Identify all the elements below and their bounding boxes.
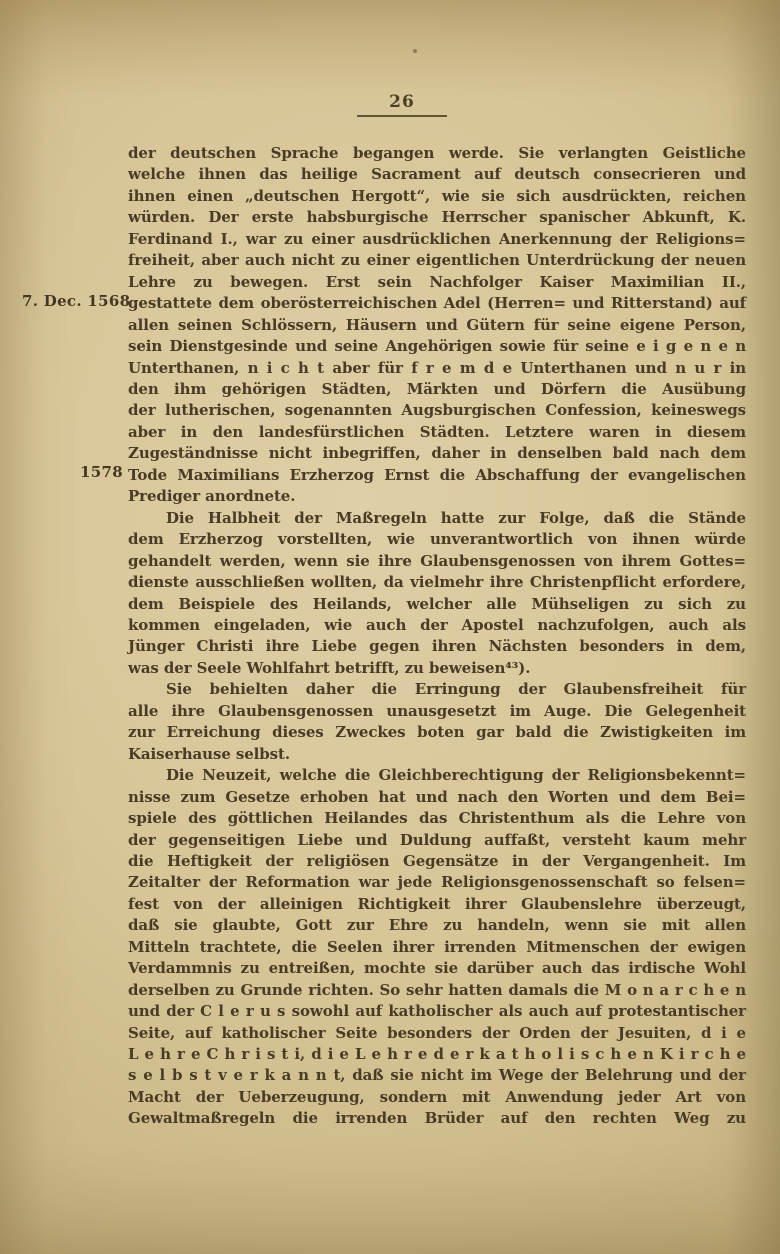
- text-line: Die Halbheit der Maßregeln hatte zur Fol…: [128, 508, 746, 529]
- text-line: Jünger Christi ihre Liebe gegen ihren Nä…: [128, 636, 746, 657]
- text-line: spiele des göttlichen Heilandes das Chri…: [128, 808, 746, 829]
- text-line: gestattete dem oberösterreichischen Adel…: [128, 293, 746, 314]
- text-line: Mitteln trachtete, die Seelen ihrer irre…: [128, 937, 746, 958]
- book-page: 26 7. Dec. 1568 1578 der deutschen Sprac…: [0, 0, 780, 1254]
- text-line: Unterthanen, n i c h t aber für f r e m …: [128, 358, 746, 379]
- text-line: derselben zu Grunde richten. So sehr hat…: [128, 980, 746, 1001]
- text-line: welche ihnen das heilige Sacrament auf d…: [128, 164, 746, 185]
- text-line: nisse zum Gesetze erhoben hat und nach d…: [128, 787, 746, 808]
- text-line: aber in den landesfürstlichen Städten. L…: [128, 422, 746, 443]
- text-line: Tode Maximilians Erzherzog Ernst die Abs…: [128, 465, 746, 486]
- page-header: 26: [357, 92, 447, 117]
- text-line: Zeitalter der Reformation war jede Relig…: [128, 872, 746, 893]
- text-line: würden. Der erste habsburgische Herrsche…: [128, 207, 746, 228]
- margin-note-year: 1578: [80, 463, 123, 481]
- text-line: dem Erzherzog vorstellten, wie unverantw…: [128, 529, 746, 550]
- text-line: Seite, auf katholischer Seite besonders …: [128, 1023, 746, 1044]
- text-line: Zugeständnisse nicht inbegriffen, daher …: [128, 443, 746, 464]
- text-line: Kaiserhause selbst.: [128, 744, 746, 765]
- text-line: der lutherischen, sogenannten Augsburgis…: [128, 400, 746, 421]
- text-line: freiheit, aber auch nicht zu einer eigen…: [128, 250, 746, 271]
- text-line: daß sie glaubte, Gott zur Ehre zu handel…: [128, 915, 746, 936]
- text-line: dienste ausschließen wollten, da vielmeh…: [128, 572, 746, 593]
- text-line: die Heftigkeit der religiösen Gegensätze…: [128, 851, 746, 872]
- text-line: ihnen einen „deutschen Hergott“, wie sie…: [128, 186, 746, 207]
- text-line: L e h r e C h r i s t i, d i e L e h r e…: [128, 1044, 746, 1065]
- text-block: der deutschen Sprache begangen werde. Si…: [128, 143, 746, 1130]
- text-line: Ferdinand I., war zu einer ausdrückliche…: [128, 229, 746, 250]
- text-line: fest von der alleinigen Richtigkeit ihre…: [128, 894, 746, 915]
- text-line: was der Seele Wohlfahrt betrifft, zu bew…: [128, 658, 746, 679]
- text-line: Gewaltmaßregeln die irrenden Brüder auf …: [128, 1108, 746, 1129]
- text-line: gehandelt werden, wenn sie ihre Glaubens…: [128, 551, 746, 572]
- text-line: allen seinen Schlössern, Häusern und Güt…: [128, 315, 746, 336]
- margin-note-date: 7. Dec. 1568: [22, 292, 130, 310]
- text-line: Lehre zu bewegen. Erst sein Nachfolger K…: [128, 272, 746, 293]
- text-line: den ihm gehörigen Städten, Märkten und D…: [128, 379, 746, 400]
- text-line: und der C l e r u s sowohl auf katholisc…: [128, 1001, 746, 1022]
- text-line: der deutschen Sprache begangen werde. Si…: [128, 143, 746, 164]
- text-line: kommen eingeladen, wie auch der Apostel …: [128, 615, 746, 636]
- ink-speck: [413, 49, 417, 53]
- text-line: Die Neuzeit, welche die Gleichberechtigu…: [128, 765, 746, 786]
- text-line: Verdammnis zu entreißen, mochte sie darü…: [128, 958, 746, 979]
- text-line: sein Dienstgesinde und seine Angehörigen…: [128, 336, 746, 357]
- page-number: 26: [357, 92, 447, 112]
- text-line: Macht der Ueberzeugung, sondern mit Anwe…: [128, 1087, 746, 1108]
- page-number-rule: [357, 115, 447, 117]
- text-line: Prediger anordnete.: [128, 486, 746, 507]
- text-line: alle ihre Glaubensgenossen unausgesetzt …: [128, 701, 746, 722]
- text-line: Sie behielten daher die Erringung der Gl…: [128, 679, 746, 700]
- text-line: s e l b s t v e r k a n n t, daß sie nic…: [128, 1065, 746, 1086]
- text-line: zur Erreichung dieses Zweckes boten gar …: [128, 722, 746, 743]
- text-line: der gegenseitigen Liebe und Duldung auff…: [128, 830, 746, 851]
- text-line: dem Beispiele des Heilands, welcher alle…: [128, 594, 746, 615]
